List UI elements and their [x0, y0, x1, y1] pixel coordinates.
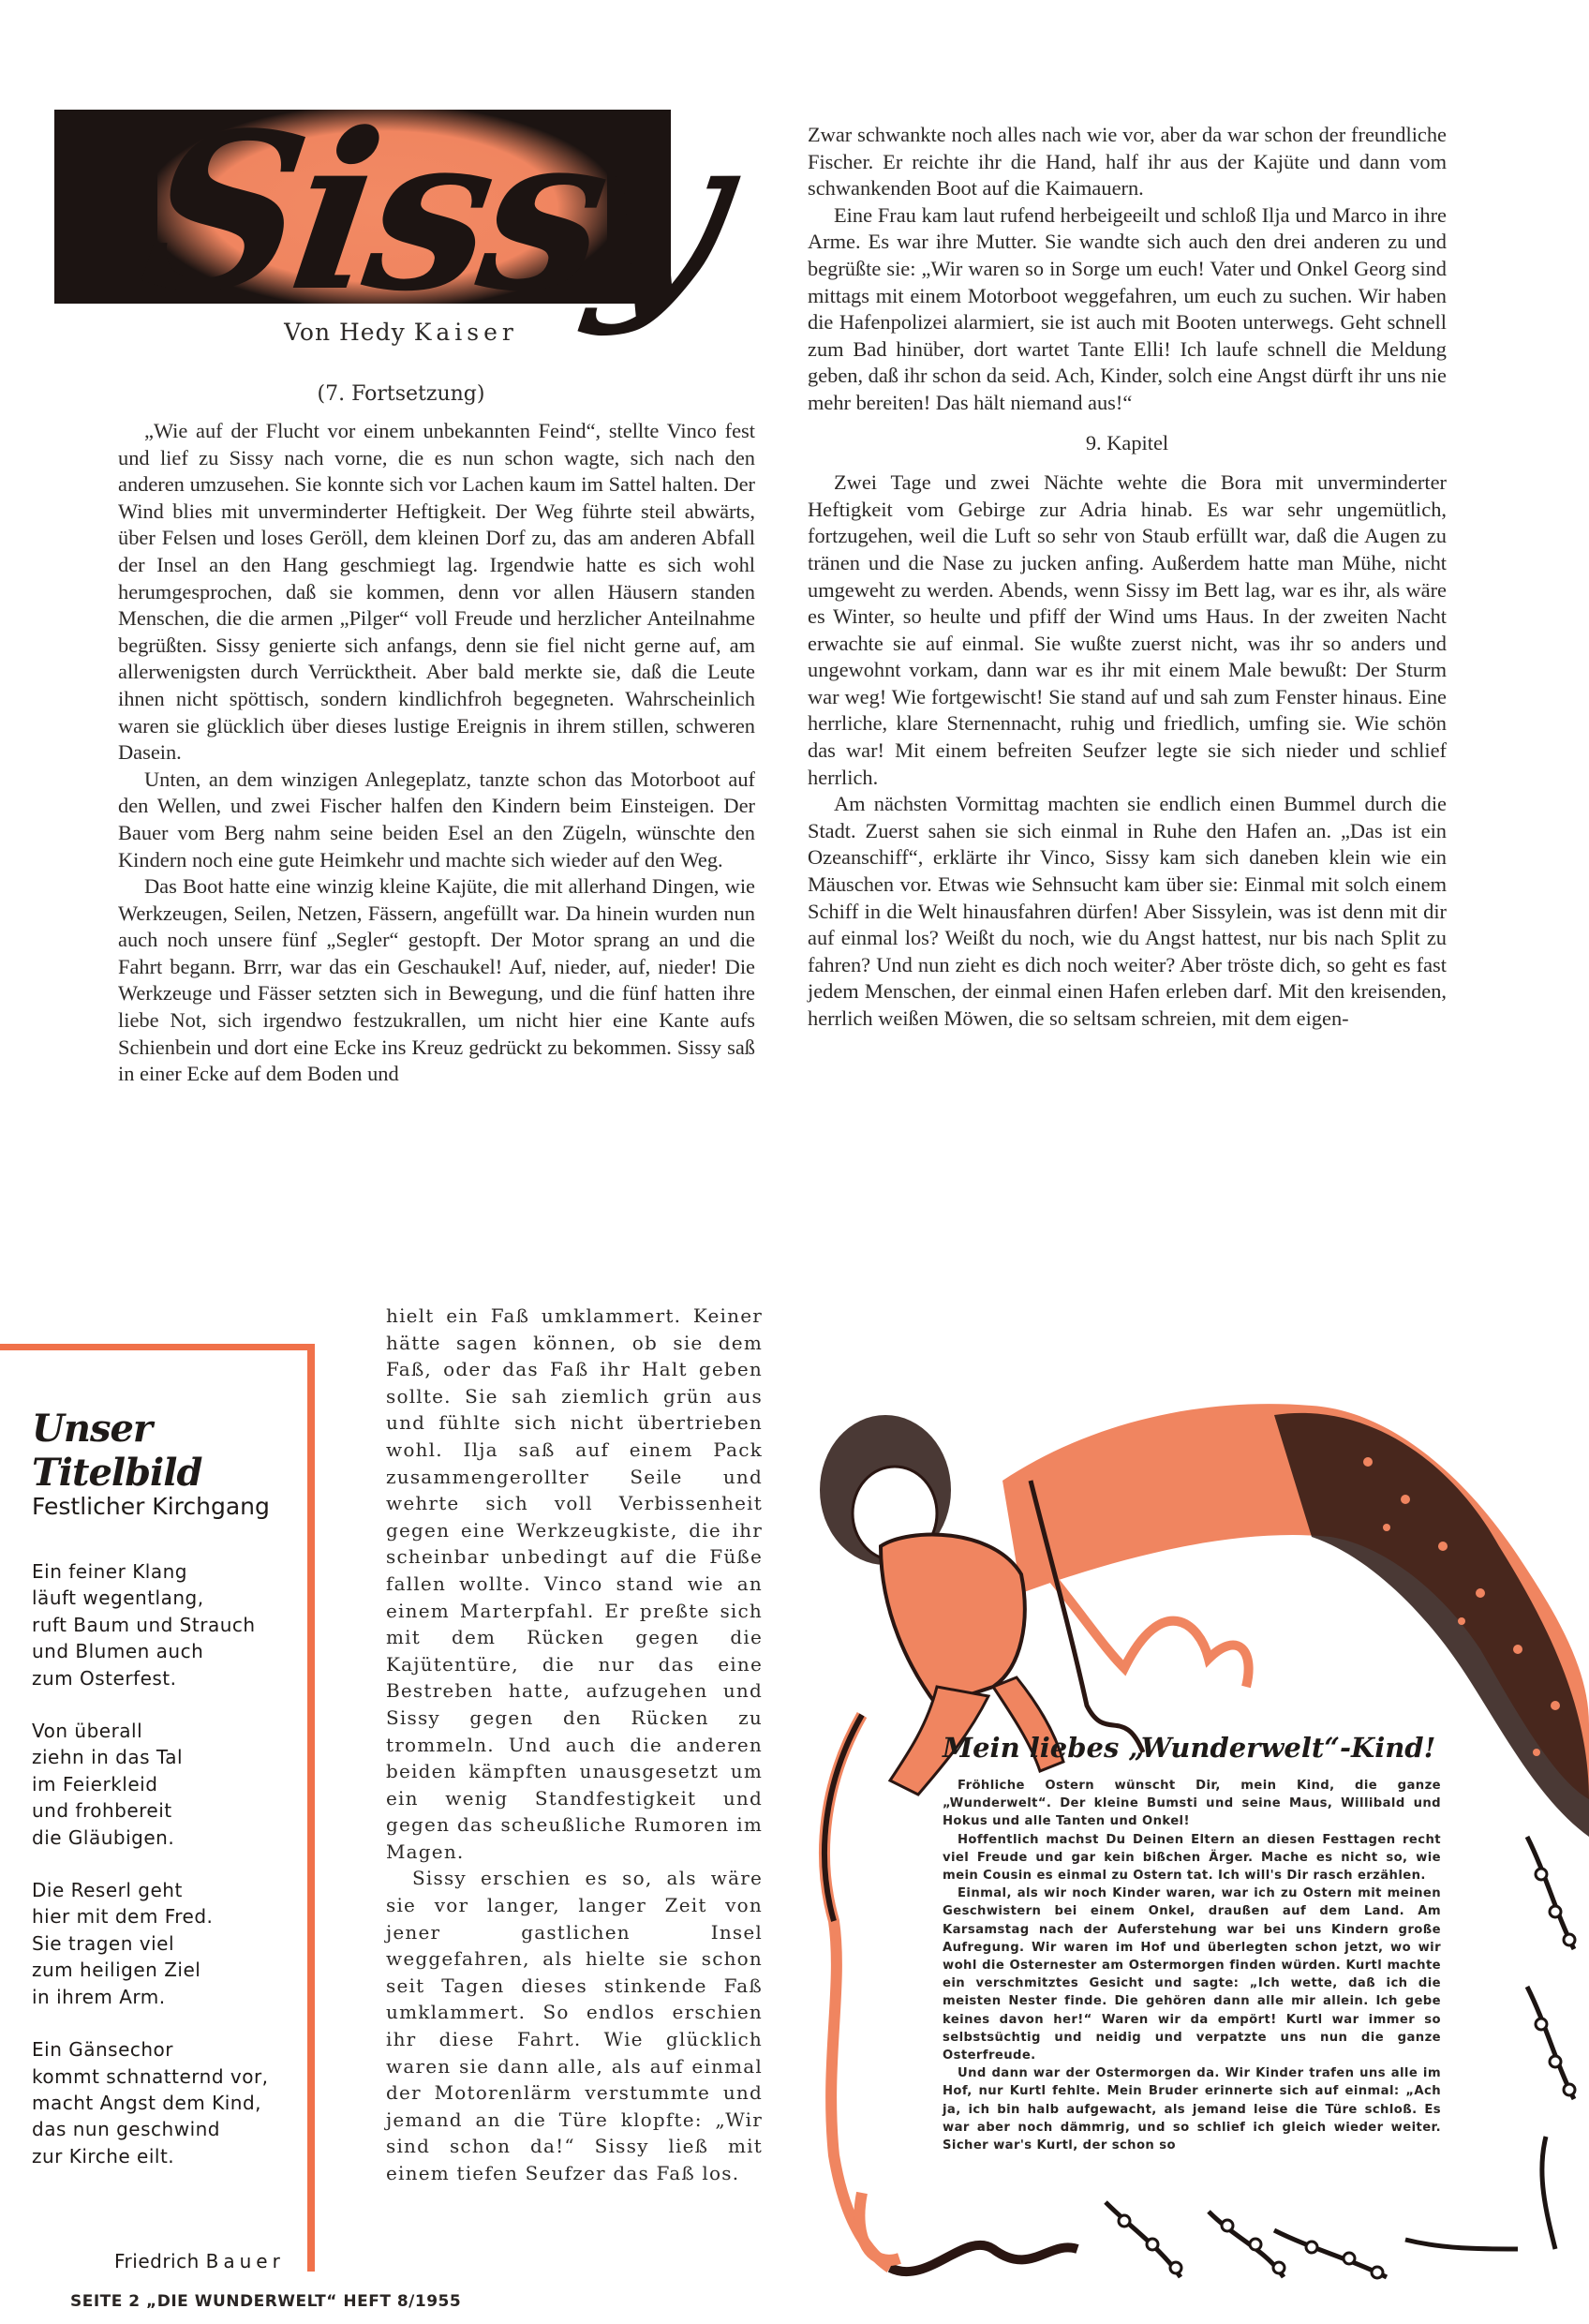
poem-line: Die Reserl geht: [32, 1877, 269, 1903]
letter-heading: Mein liebes „Wunderwelt“-Kind!: [943, 1732, 1441, 1764]
poem-line: zur Kirche eilt.: [32, 2143, 269, 2169]
poem-line: hier mit dem Fred.: [32, 1903, 269, 1929]
title-logo-banner: Sissy: [54, 110, 671, 304]
paragraph: Unten, an dem winzigen Anlegeplatz, tanz…: [118, 767, 755, 873]
poem-line: im Feierkleid: [32, 1771, 269, 1797]
sequel-note: (7. Fortsetzung): [54, 382, 748, 406]
poem-section-heading: Unser Titelbild: [32, 1407, 307, 1495]
paragraph: hielt ein Faß umklammert. Keiner hätte s…: [386, 1303, 763, 1865]
chapter-heading: 9. Kapitel: [808, 430, 1447, 457]
ribbon-left: [824, 1715, 890, 2268]
poem-line: ziehn in das Tal: [32, 1744, 269, 1770]
story-column-2: Zwar schwankte noch alles nach wie vor, …: [808, 122, 1447, 1033]
paragraph: Zwar schwankte noch alles nach wie vor, …: [808, 122, 1447, 202]
poem-box: Unser Titelbild Festlicher Kirchgang Ein…: [0, 1344, 315, 2272]
poem-line: macht Angst dem Kind,: [32, 2090, 269, 2116]
letter-block: Mein liebes „Wunderwelt“-Kind! Fröhliche…: [943, 1732, 1441, 2154]
paragraph: Zwei Tage und zwei Nächte wehte die Bora…: [808, 469, 1447, 791]
paragraph: Das Boot hatte eine winzig kleine Kajüte…: [118, 873, 755, 1088]
poem-line: kommt schnatternd vor,: [32, 2063, 269, 2090]
poem-line: das nun geschwind: [32, 2116, 269, 2142]
poem-line: Ein Gänsechor: [32, 2036, 269, 2063]
story-column-1: „Wie auf der Flucht vor einem unbekannte…: [118, 418, 755, 1088]
letter-paragraph: Einmal, als wir noch Kinder waren, war i…: [943, 1885, 1441, 2064]
poem-line: die Gläubigen.: [32, 1825, 269, 1851]
poem-stanzas: Ein feiner Klang läuft wegentlang, ruft …: [32, 1558, 269, 2196]
poem-line: zum heiligen Ziel: [32, 1957, 269, 1983]
poem-stanza: Von überall ziehn in das Tal im Feierkle…: [32, 1718, 269, 1851]
poem-stanza: Ein feiner Klang läuft wegentlang, ruft …: [32, 1558, 269, 1691]
poem-title: Festlicher Kirchgang: [32, 1493, 270, 1520]
story-title: Sissy: [127, 63, 694, 363]
letter-body: Fröhliche Ostern wünscht Dir, mein Kind,…: [943, 1777, 1441, 2154]
byline-author: Kaiser: [414, 319, 518, 346]
poem-stanza: Die Reserl geht hier mit dem Fred. Sie t…: [32, 1877, 269, 2010]
poem-line: und frohbereit: [32, 1797, 269, 1824]
paragraph: Sissy erschien es so, als wäre sie vor l…: [386, 1865, 763, 2186]
poem-stanza: Ein Gänsechor kommt schnatternd vor, mac…: [32, 2036, 269, 2169]
child-body: [881, 1535, 1025, 1706]
poem-line: Ein feiner Klang: [32, 1558, 269, 1585]
poem-author-last: Bauer: [206, 2250, 285, 2272]
poem-line: Sie tragen viel: [32, 1930, 269, 1957]
letter-paragraph: Hoffentlich machst Du Deinen Eltern an d…: [943, 1831, 1441, 1885]
poem-line: ruft Baum und Strauch: [32, 1612, 269, 1638]
story-column-1-narrow: hielt ein Faß umklammert. Keiner hätte s…: [386, 1303, 763, 2187]
ribbon-bottom: [890, 2245, 1077, 2272]
poem-author-first: Friedrich: [114, 2250, 200, 2272]
page-footer: SEITE 2 „DIE WUNDERWELT“ HEFT 8/1955: [70, 2292, 461, 2311]
poem-line: Von überall: [32, 1718, 269, 1744]
poem-line: und Blumen auch: [32, 1638, 269, 1664]
letter-paragraph: Und dann war der Ostermorgen da. Wir Kin…: [943, 2064, 1441, 2154]
poem-line: in ihrem Arm.: [32, 1984, 269, 2010]
paragraph: Am nächsten Vormittag machten sie endlic…: [808, 791, 1447, 1032]
byline-prefix: Von Hedy: [284, 319, 406, 346]
letter-paragraph: Fröhliche Ostern wünscht Dir, mein Kind,…: [943, 1777, 1441, 1831]
paragraph: „Wie auf der Flucht vor einem unbekannte…: [118, 418, 755, 767]
byline: Von Hedy Kaiser: [54, 319, 748, 346]
poem-author: Friedrich Bauer: [114, 2250, 285, 2272]
ribbon-bottom-orange: [859, 2193, 899, 2260]
poem-line: zum Osterfest.: [32, 1665, 269, 1691]
poem-line: läuft wegentlang,: [32, 1585, 269, 1611]
paragraph: Eine Frau kam laut rufend herbeigeeilt u…: [808, 202, 1447, 417]
